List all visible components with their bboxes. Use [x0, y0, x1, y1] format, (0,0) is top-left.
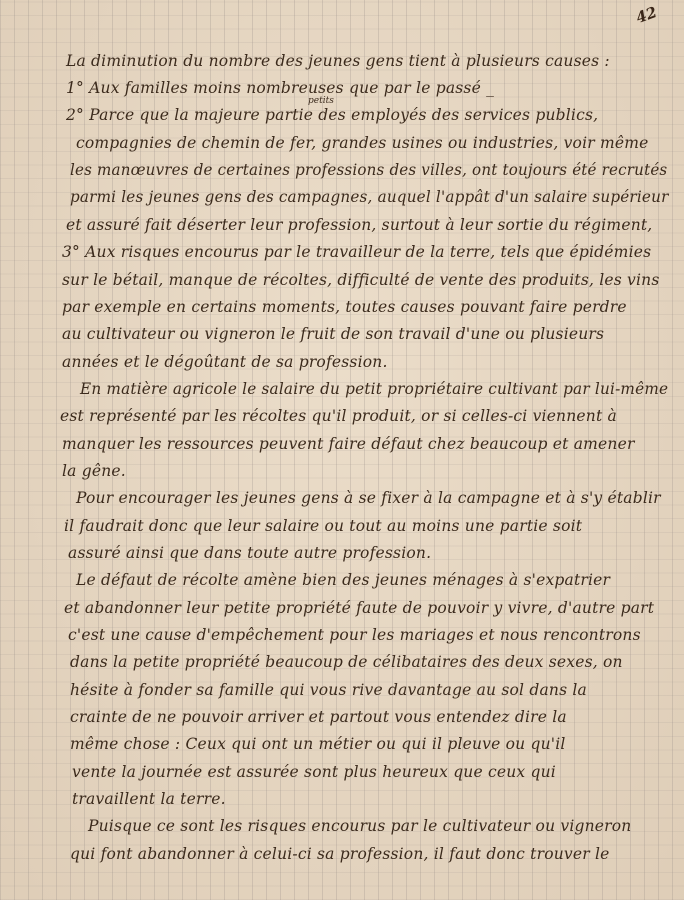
manuscript-line: la gêne. — [62, 462, 126, 480]
manuscript-line: les manœuvres de certaines professions d… — [70, 161, 667, 179]
manuscript-line: travaillent la terre. — [72, 790, 226, 808]
manuscript-line: années et le dégoûtant de sa profession. — [62, 353, 388, 371]
manuscript-line: 1° Aux familles moins nombreuses que par… — [66, 79, 494, 97]
manuscript-line: 3° Aux risques encourus par le travaille… — [62, 243, 651, 261]
manuscript-line: hésite à fonder sa famille qui vous rive… — [70, 681, 587, 699]
manuscript-line: et assuré fait déserter leur profession,… — [66, 216, 652, 234]
manuscript-line: qui font abandonner à celui-ci sa profes… — [70, 845, 610, 863]
manuscript-line: c'est une cause d'empêchement pour les m… — [68, 626, 641, 644]
manuscript-line: il faudrait donc que leur salaire ou tou… — [64, 517, 582, 535]
manuscript-line: Puisque ce sont les risques encourus par… — [88, 817, 632, 835]
manuscript-line: manquer les ressources peuvent faire déf… — [62, 435, 635, 453]
manuscript-line: assuré ainsi que dans toute autre profes… — [68, 544, 431, 562]
manuscript-line: sur le bétail, manque de récoltes, diffi… — [62, 271, 660, 289]
manuscript-line: même chose : Ceux qui ont un métier ou q… — [70, 735, 566, 753]
manuscript-line: En matière agricole le salaire du petit … — [80, 380, 668, 398]
manuscript-line: dans la petite propriété beaucoup de cél… — [70, 653, 623, 671]
interlinear-insertion: petits — [308, 96, 334, 106]
manuscript-line: Pour encourager les jeunes gens à se fix… — [76, 489, 661, 507]
manuscript-line: vente la journée est assurée sont plus h… — [72, 763, 556, 781]
handwritten-manuscript: petits La diminution du nombre des jeune… — [0, 0, 684, 900]
manuscript-line: Le défaut de récolte amène bien des jeun… — [76, 571, 610, 589]
manuscript-line: est représenté par les récoltes qu'il pr… — [60, 407, 617, 425]
manuscript-line: crainte de ne pouvoir arriver et partout… — [70, 708, 567, 726]
manuscript-line: parmi les jeunes gens des campagnes, auq… — [70, 188, 669, 206]
manuscript-line: et abandonner leur petite propriété faut… — [64, 599, 654, 617]
manuscript-line: compagnies de chemin de fer, grandes usi… — [76, 134, 649, 152]
manuscript-line: La diminution du nombre des jeunes gens … — [66, 52, 610, 70]
manuscript-line: 2° Parce que la majeure partie des emplo… — [66, 106, 598, 124]
manuscript-line: au cultivateur ou vigneron le fruit de s… — [62, 325, 604, 343]
manuscript-line: par exemple en certains moments, toutes … — [62, 298, 627, 316]
